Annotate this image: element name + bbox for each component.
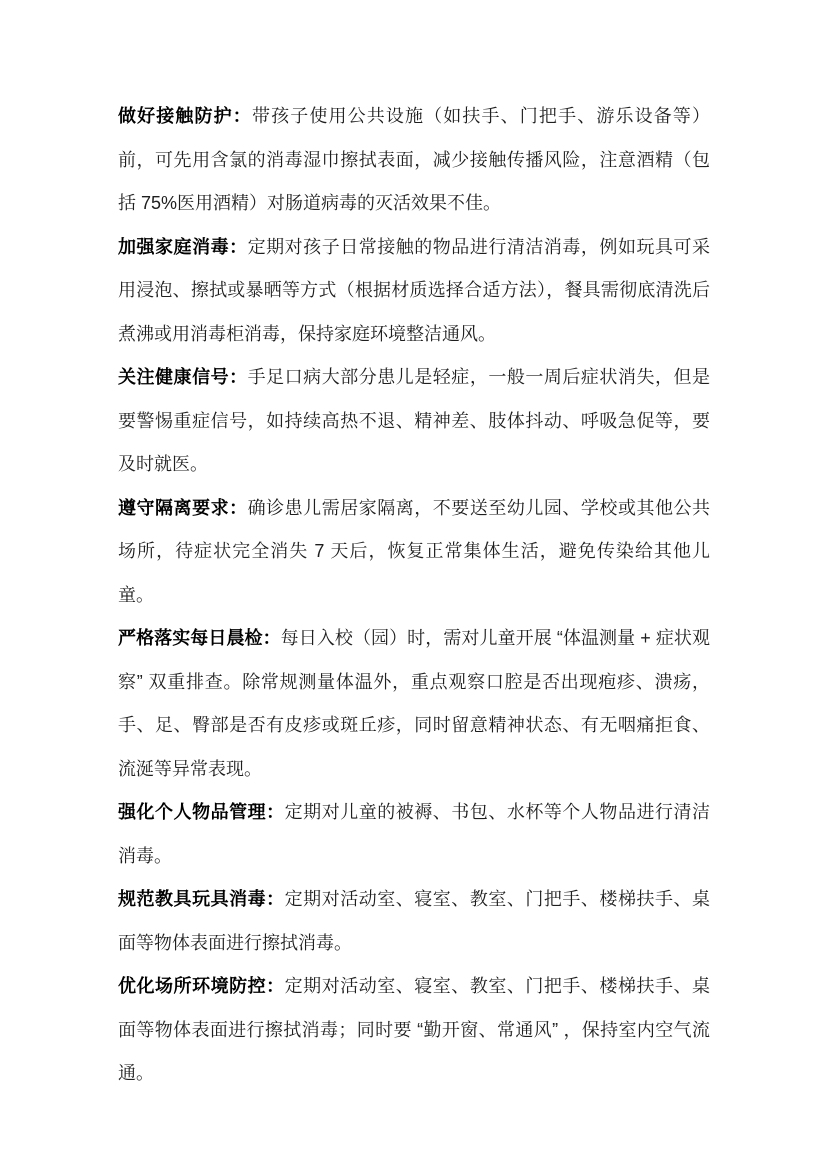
paragraph-label: 严格落实每日晨检： (118, 628, 281, 648)
paragraph-label: 关注健康信号： (118, 367, 248, 387)
paragraph-personal-items: 强化个人物品管理：定期对儿童的被褥、书包、水杯等个人物品进行清洁消毒。 (118, 791, 710, 878)
paragraph-text: 每日入校（园）时，需对儿童开展 “体温测量 + 症状观察” 双重排查。除常规测量… (118, 628, 710, 779)
paragraph-health-signals: 关注健康信号：手足口病大部分患儿是轻症，一般一周后症状消失，但是要警惕重症信号，… (118, 356, 710, 487)
paragraph-contact-protection: 做好接触防护：带孩子使用公共设施（如扶手、门把手、游乐设备等）前，可先用含氯的消… (118, 95, 710, 226)
paragraph-label: 做好接触防护： (118, 106, 252, 126)
paragraph-environment-control: 优化场所环境防控：定期对活动室、寝室、教室、门把手、楼梯扶手、桌面等物体表面进行… (118, 965, 710, 1096)
document-page: 做好接触防护：带孩子使用公共设施（如扶手、门把手、游乐设备等）前，可先用含氯的消… (0, 0, 827, 1170)
paragraph-label: 规范教具玩具消毒： (118, 889, 285, 909)
paragraph-label: 遵守隔离要求： (118, 498, 248, 518)
paragraph-toy-disinfection: 规范教具玩具消毒：定期对活动室、寝室、教室、门把手、楼梯扶手、桌面等物体表面进行… (118, 878, 710, 965)
paragraph-label: 优化场所环境防控： (118, 976, 285, 996)
paragraph-label: 强化个人物品管理： (118, 802, 285, 822)
paragraph-home-disinfection: 加强家庭消毒：定期对孩子日常接触的物品进行清洁消毒，例如玩具可采用浸泡、擦拭或暴… (118, 226, 710, 357)
paragraph-isolation-requirements: 遵守隔离要求：确诊患儿需居家隔离，不要送至幼儿园、学校或其他公共场所，待症状完全… (118, 487, 710, 618)
paragraph-label: 加强家庭消毒： (118, 237, 248, 257)
paragraph-morning-check: 严格落实每日晨检：每日入校（园）时，需对儿童开展 “体温测量 + 症状观察” 双… (118, 617, 710, 791)
